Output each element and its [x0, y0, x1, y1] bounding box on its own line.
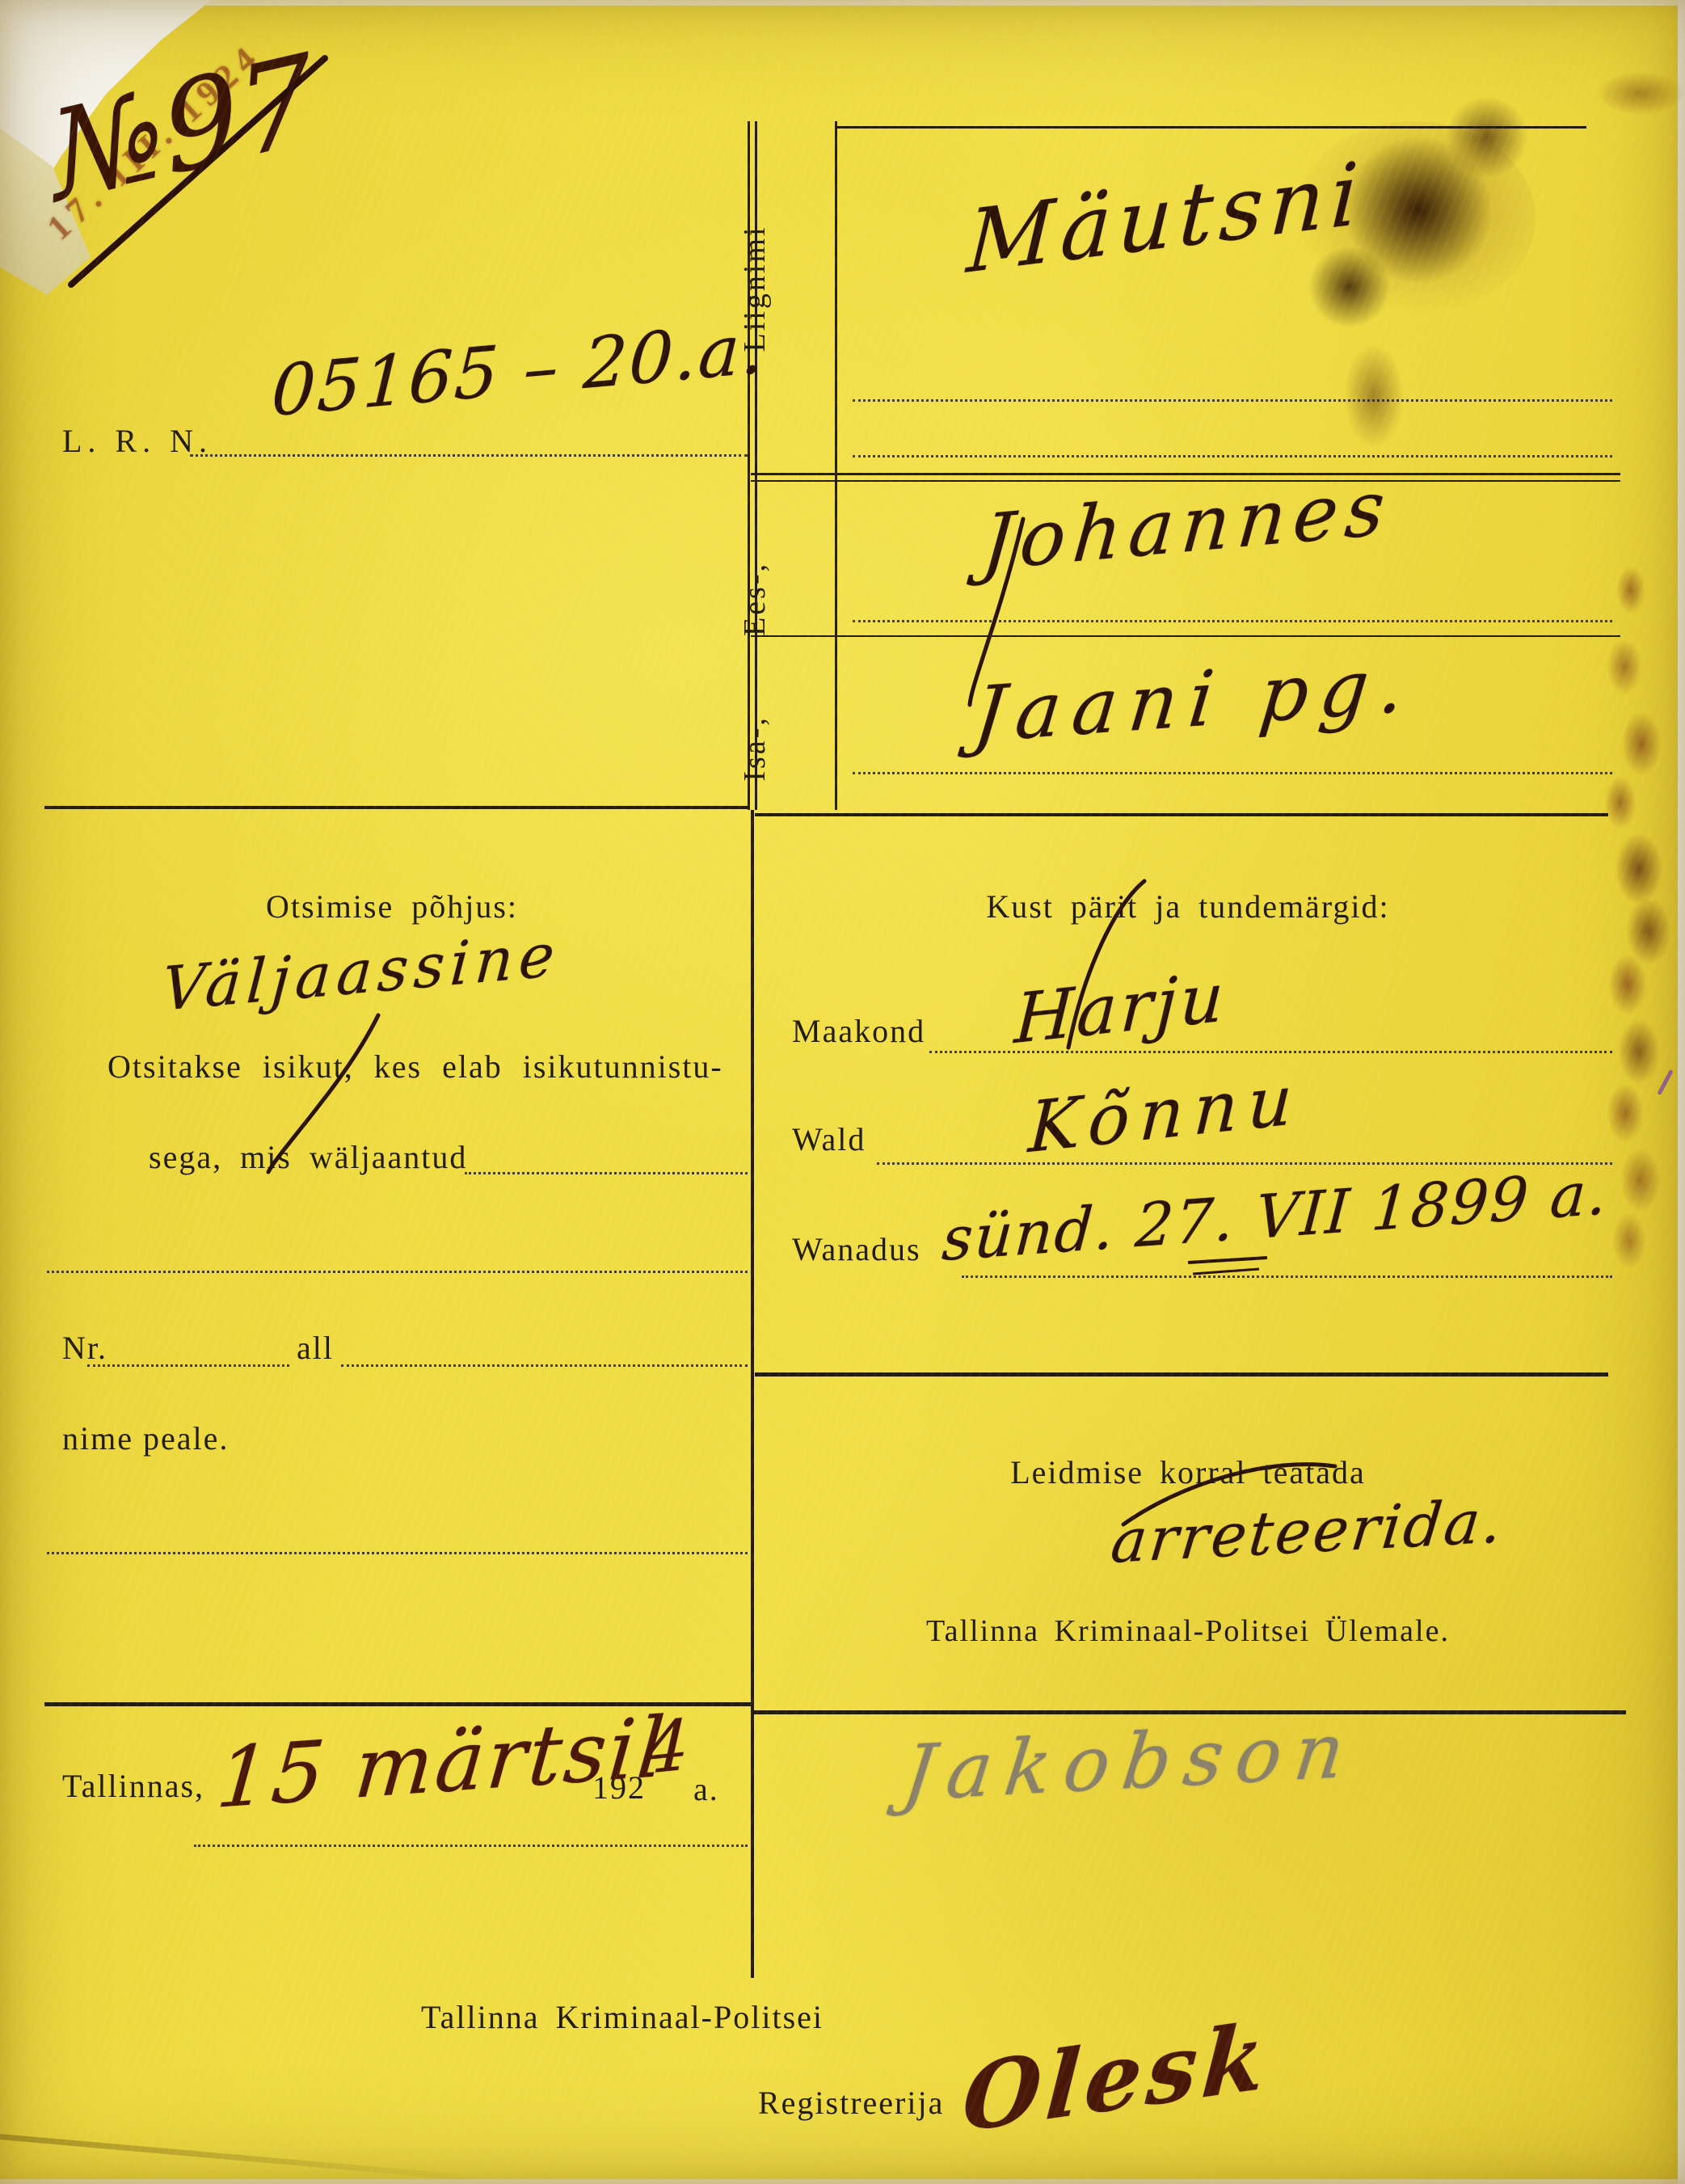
year-digit-handwritten: 4 — [643, 1705, 690, 1791]
wald-label: Wald — [792, 1120, 866, 1158]
edge-stain — [1620, 1148, 1661, 1212]
surname-handwritten: Mäutsni — [965, 143, 1367, 293]
write-line — [962, 1275, 1612, 1278]
write-line — [87, 1364, 289, 1367]
firstname-handwritten: Johannes — [979, 463, 1396, 588]
scan-edge-top — [206, 0, 1685, 6]
edge-stain — [1616, 566, 1645, 614]
nime-peale-label: nime peale. — [62, 1419, 229, 1457]
fathername-handwritten: Jaani pg. — [970, 640, 1420, 760]
write-line — [190, 454, 748, 457]
edge-stain — [1607, 639, 1642, 695]
ink-blot — [1305, 242, 1394, 331]
notify-value-handwritten: arreteerida. — [1108, 1486, 1507, 1577]
write-line — [47, 1552, 748, 1554]
ink-signature: Olesk — [959, 2002, 1273, 2153]
scan-edge-bottom — [0, 2179, 1685, 2184]
origin-heading: Kust pärit ja tundemärgid: — [857, 888, 1519, 925]
section-separator — [755, 1372, 1608, 1377]
year-suffix: a. — [693, 1770, 719, 1808]
section-separator — [44, 806, 748, 809]
org-line: Tallinna Kriminaal-Politsei — [291, 1998, 954, 2036]
write-line — [465, 1172, 748, 1174]
bottom-crease — [0, 2134, 483, 2182]
nr-label: Nr. — [62, 1329, 107, 1367]
numeral-underline — [1188, 1258, 1267, 1263]
edge-stain — [1621, 711, 1662, 776]
write-line — [341, 1364, 748, 1367]
firstname-field-label: Ees-, — [737, 546, 773, 651]
notify-line2: Tallinna Kriminaal-Politsei Ülemale. — [832, 1613, 1544, 1649]
reason-body-line2: sega, mis wäljaantud — [149, 1138, 467, 1176]
registration-card-page: L. R. N. Liignimi Ees-, Isa-, Otsimise p… — [0, 0, 1685, 2184]
form-rule — [751, 635, 1620, 637]
father-field-label: Isa-, — [737, 700, 773, 797]
edge-stain — [1604, 776, 1637, 829]
lrn-value-handwritten: 05165 – 20.a. — [270, 308, 768, 432]
scan-edge-right — [1678, 0, 1685, 2184]
edge-stain — [1607, 1083, 1644, 1143]
form-rule — [751, 473, 1620, 475]
edge-stain — [1608, 954, 1647, 1015]
write-line — [877, 1162, 1612, 1165]
write-line — [853, 620, 1612, 622]
notify-line1: Leidmise korral teatada — [857, 1453, 1519, 1491]
pencil-signature: Jakobson — [899, 1706, 1363, 1819]
edge-stain — [1618, 1018, 1660, 1085]
maakond-label: Maakond — [792, 1012, 925, 1050]
maakond-value-handwritten: Harju — [1013, 957, 1228, 1060]
write-line — [853, 772, 1612, 774]
date-handwritten: 15 märtsil — [213, 1699, 670, 1828]
write-line — [194, 1845, 748, 1847]
section-separator — [751, 1710, 1626, 1714]
write-line — [853, 399, 1612, 402]
reason-body-line1: Otsitakse isikut, kes elab isikutunnistu… — [107, 1048, 723, 1086]
wald-value-handwritten: Kõnnu — [1026, 1059, 1304, 1170]
handwriting-flourishes — [0, 0, 1685, 2184]
wanadus-label: Wanadus — [792, 1230, 921, 1268]
ink-blot — [1342, 339, 1406, 453]
lrn-label: L. R. N. — [62, 422, 213, 460]
section-separator — [755, 813, 1608, 816]
all-label: all — [297, 1329, 334, 1367]
reason-heading: Otsimise põhjus: — [77, 888, 707, 925]
top-edge-stain — [1596, 71, 1685, 116]
write-line — [853, 455, 1612, 457]
write-line — [47, 1271, 748, 1273]
reason-value-handwritten: Väljaassine — [160, 920, 562, 1025]
purple-pen-mark — [1657, 1069, 1673, 1095]
registrar-label: Registreerija — [758, 2084, 944, 2122]
label-strip-line — [835, 121, 837, 810]
column-divider-line — [751, 810, 754, 1978]
wanadus-value-handwritten: sünd. 27. VII 1899 a. — [940, 1158, 1611, 1275]
ink-blot — [1439, 97, 1535, 178]
form-rule — [835, 126, 1586, 129]
place-label: Tallinnas, — [62, 1767, 204, 1805]
edge-stain — [1615, 833, 1663, 905]
numeral-underline — [1193, 1269, 1259, 1274]
edge-stain — [1612, 1212, 1646, 1269]
